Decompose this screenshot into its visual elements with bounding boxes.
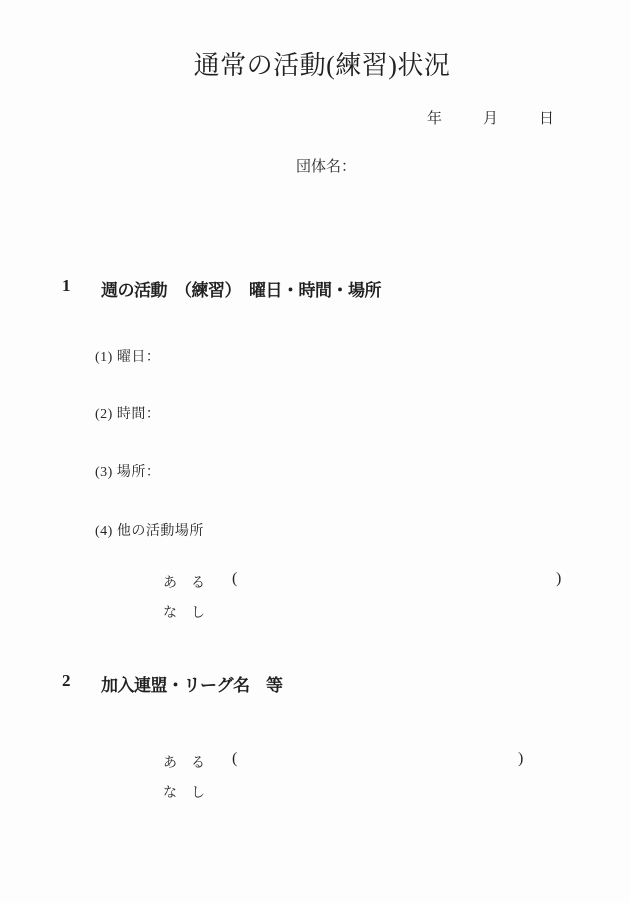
section-2-open-paren: ( <box>232 750 237 768</box>
field-label-time: (2) 時間： <box>95 403 160 423</box>
section-1-option-nashi: な し <box>163 602 205 622</box>
organization-name-label: 団体名： <box>296 155 356 176</box>
year-label: 年 <box>427 107 442 128</box>
section-2-heading: 加入連盟・リーグ名 等 <box>101 671 283 696</box>
field-label-other-activity-places: (4) 他の活動場所 <box>95 520 204 540</box>
field-label-place: (3) 場所： <box>95 461 160 481</box>
form-page: 通常の活動(練習)状況 年 月 日 団体名： 1 週の活動 （練習） 曜日・時間… <box>0 0 630 903</box>
section-2-option-aru: あ る <box>163 752 205 772</box>
section-2-option-nashi: な し <box>163 782 205 802</box>
form-title: 通常の活動(練習)状況 <box>0 52 630 81</box>
day-label: 日 <box>539 107 554 128</box>
section-1-heading: 週の活動 （練習） 曜日・時間・場所 <box>101 276 381 301</box>
section-1-number: 1 <box>62 276 71 296</box>
section-2-number: 2 <box>62 671 71 691</box>
section-1-open-paren: ( <box>232 570 237 588</box>
section-1-option-aru: あ る <box>163 572 205 592</box>
month-label: 月 <box>483 107 498 128</box>
date-line: 年 月 日 <box>427 107 554 128</box>
section-2-close-paren: ) <box>518 750 523 768</box>
section-1-close-paren: ) <box>556 570 561 588</box>
field-label-day: (1) 曜日： <box>95 346 160 366</box>
